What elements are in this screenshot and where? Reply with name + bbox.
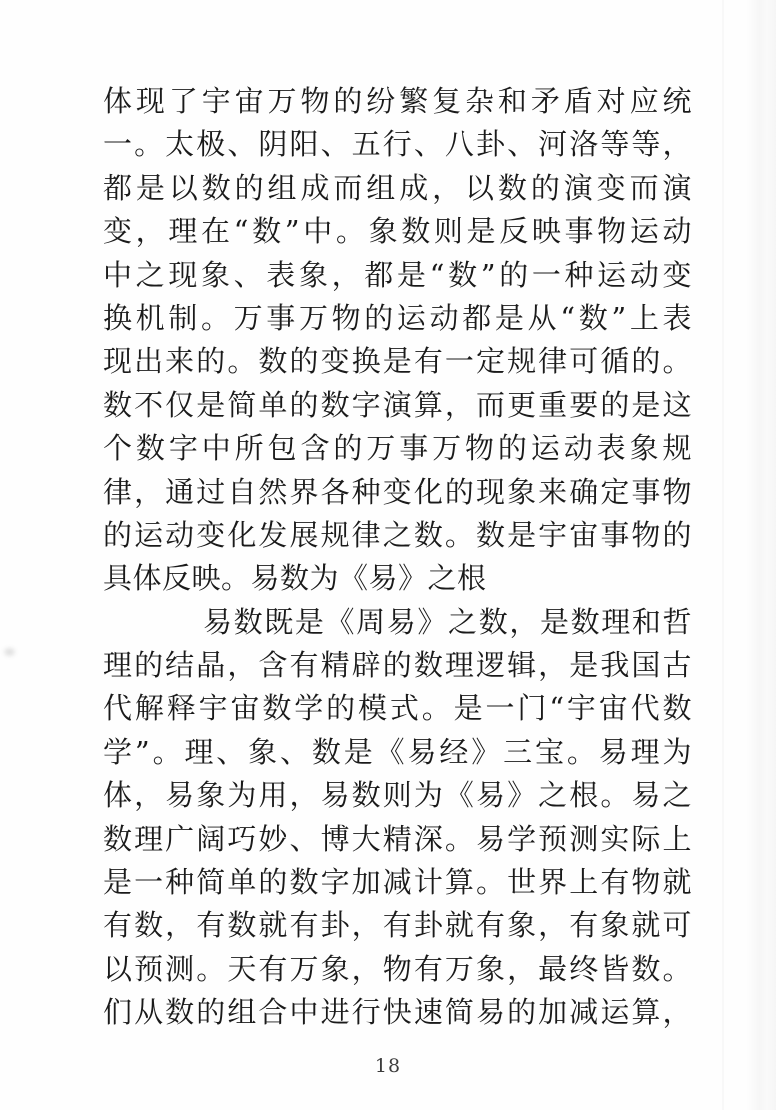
text-line: 代解释宇宙数学的模式。是一门“宇宙代数 (103, 687, 692, 730)
text-line: 们从数的组合中进行快速简易的加减运算， (103, 991, 692, 1034)
text-line: 有数，有数就有卦，有卦就有象，有象就可 (103, 904, 692, 947)
text-line: 理的结晶，含有精辟的数理逻辑，是我国古 (103, 644, 692, 687)
text-line-paragraph-start: 易数既是《周易》之数，是数理和哲 (103, 601, 692, 644)
text-line-paragraph-end: 具体反映。易数为《易》之根 (103, 557, 692, 600)
text-line: 律，通过自然界各种变化的现象来确定事物 (103, 471, 692, 514)
text-line: 体，易象为用，易数则为《易》之根。易之 (103, 774, 692, 817)
text-line: 数理广阔巧妙、博大精深。易学预测实际上 (103, 818, 692, 861)
text-line: 以预测。天有万象，物有万象，最终皆数。 (103, 948, 692, 991)
body-text: 体现了宇宙万物的纷繁复杂和矛盾对应统 一。太极、阴阳、五行、八卦、河洛等等， 都… (103, 80, 692, 1035)
text-line: 学”。理、象、数是《易经》三宝。易理为 (103, 731, 692, 774)
scanned-page: 体现了宇宙万物的纷繁复杂和矛盾对应统 一。太极、阴阳、五行、八卦、河洛等等， 都… (0, 0, 776, 1110)
text-line: 数不仅是简单的数字演算，而更重要的是这 (103, 384, 692, 427)
scan-smudge (4, 648, 15, 656)
scan-edge-shadow (746, 0, 776, 1110)
text-line: 变，理在“数”中。象数则是反映事物运动 (103, 210, 692, 253)
text-line: 体现了宇宙万物的纷繁复杂和矛盾对应统 (103, 80, 692, 123)
text-line: 一。太极、阴阳、五行、八卦、河洛等等， (103, 123, 692, 166)
text-line: 都是以数的组成而组成，以数的演变而演 (103, 167, 692, 210)
text-line: 换机制。万事万物的运动都是从“数”上表 (103, 297, 692, 340)
text-line: 中之现象、表象，都是“数”的一种运动变 (103, 254, 692, 297)
scan-edge-streak (722, 0, 724, 1110)
text-line: 个数字中所包含的万事万物的运动表象规 (103, 427, 692, 470)
text-line: 现出来的。数的变换是有一定规律可循的。 (103, 340, 692, 383)
text-line: 的运动变化发展规律之数。数是宇宙事物的 (103, 514, 692, 557)
text-line: 是一种简单的数字加减计算。世界上有物就 (103, 861, 692, 904)
page-number: 18 (0, 1055, 776, 1077)
